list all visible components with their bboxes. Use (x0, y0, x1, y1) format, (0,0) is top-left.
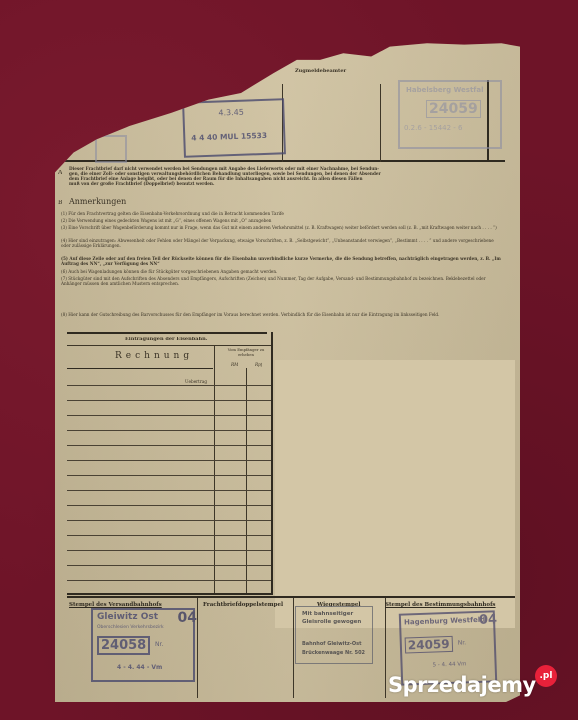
stamp-code: 0.2.6 - 15442 - 6 (404, 124, 463, 132)
header-bottom-rule (65, 160, 505, 162)
table-row (67, 490, 271, 491)
stamp-date: 5 - 4. 44 Vm (432, 661, 466, 668)
col-amount-header: Vom Empfänger zu erheben (223, 347, 269, 357)
table-row (67, 430, 271, 431)
table-row (67, 565, 271, 566)
section-a-marker: A (58, 170, 62, 175)
section-b-marker: B (58, 200, 62, 205)
footer-divider (385, 598, 386, 698)
stamp-station: Habelsberg Westfal (406, 86, 483, 94)
weigh-stamp: Mit bahnseitiger Gleisrolle gewogen Bahn… (295, 606, 373, 664)
partial-stamp (95, 135, 127, 163)
stamp-station: Hagenburg Westfeld (404, 616, 485, 627)
table-row (67, 385, 271, 386)
table-row (67, 580, 271, 581)
note-item: (6) Auch bei Wagenladungen können die fü… (61, 269, 501, 274)
table-row (67, 445, 271, 446)
stamp-nr-label: Nr. (458, 639, 467, 646)
note-item: (2) Die Verwendung eines gedeckten Wagen… (61, 218, 501, 223)
footer-label-duplicate: Frachtbriefdoppelstempel (203, 602, 283, 608)
stamp-code: 4 4 40 MUL 15533 (191, 131, 267, 143)
table-col-divider (214, 345, 215, 594)
stamp-number: 24059 (405, 636, 453, 654)
stamp-line: Gleisrolle gewogen (302, 619, 361, 625)
col-rechnung-header: Rechnung (115, 351, 193, 361)
top-left-stamp: 4.3.45 4 4 40 MUL 15533 (182, 98, 286, 158)
table-row (67, 505, 271, 506)
watermark-badge-icon: .pl (535, 665, 557, 687)
note-item: (8) Hier kann der Gutschreibung des Barv… (61, 312, 501, 323)
stamp-date: 4 - 4. 44 - Vm (117, 664, 162, 671)
table-row (67, 550, 271, 551)
note-item: (5) Auf diese Zeile oder auf den freien … (61, 256, 501, 267)
table-right-rule (271, 332, 273, 594)
table-rule (67, 368, 213, 369)
stamp-line: Bahnhof Gleiwitz-Ost (302, 641, 361, 647)
table-col-divider (246, 368, 247, 594)
note-item: (4) Hier sind einzutragen: Abwesenheit o… (61, 238, 501, 254)
footer-top-rule (67, 596, 515, 598)
watermark-logo: Sprzedajemy (388, 673, 536, 697)
blank-area (275, 360, 515, 628)
table-row (67, 400, 271, 401)
stamp-number: 24058 (97, 636, 150, 655)
top-right-stamp: Habelsberg Westfal 24059 0.2.6 - 15442 -… (398, 80, 502, 149)
note-line: muß von der große Frachtbrief (Doppelbri… (69, 181, 509, 186)
stamp-number: 24059 (426, 100, 481, 118)
stamp-date: 4.3.45 (218, 108, 244, 118)
origin-station-stamp: Gleiwitz Ost 04 Oberschlesien Verkehrsbe… (91, 608, 195, 682)
uebertrag-label: Uebertrag (185, 379, 207, 384)
stamp-code: 04 (178, 610, 197, 626)
table-top-rule (67, 332, 267, 334)
table-row (67, 520, 271, 521)
stamp-line: Mit bahnseitiger (302, 611, 353, 617)
note-item: (1) Für den Frachtvertrag gelten die Eis… (61, 211, 501, 216)
table-row (67, 475, 271, 476)
table-row (67, 415, 271, 416)
col-rm-header: RM (231, 362, 238, 367)
stamp-code: 04 (479, 612, 498, 628)
header-label: Zugmeldebeamter (295, 68, 346, 74)
header-divider (380, 84, 381, 162)
table-row (67, 460, 271, 461)
stamp-station: Gleiwitz Ost (97, 612, 158, 622)
note-item: (7) Stückgüter sind mit den Aufschriften… (61, 276, 501, 287)
table-rule (67, 345, 271, 346)
footer-divider (197, 598, 198, 698)
footer-label-destination: Stempel des Bestimmungsbahnhofs (385, 602, 496, 608)
stamp-nr-label: Nr. (155, 641, 163, 648)
freight-document: Zugmeldebeamter 4.3.45 4 4 40 MUL 15533 … (55, 40, 520, 702)
stamp-subline: Oberschlesien Verkehrsbezirk (97, 625, 164, 630)
table-title: Eintragungen der Eisenbahn. (125, 337, 208, 342)
section-b-title: Anmerkungen (69, 197, 126, 206)
stamp-line: Brückenwaage Nr. 502 (302, 650, 365, 656)
table-row (67, 535, 271, 536)
col-rpf-header: Rpf (255, 362, 262, 367)
table-bottom-rule (67, 593, 273, 595)
note-item: (3) Eine Vorschrift über Wagenbeförderun… (61, 225, 501, 236)
footer-divider (293, 598, 294, 698)
